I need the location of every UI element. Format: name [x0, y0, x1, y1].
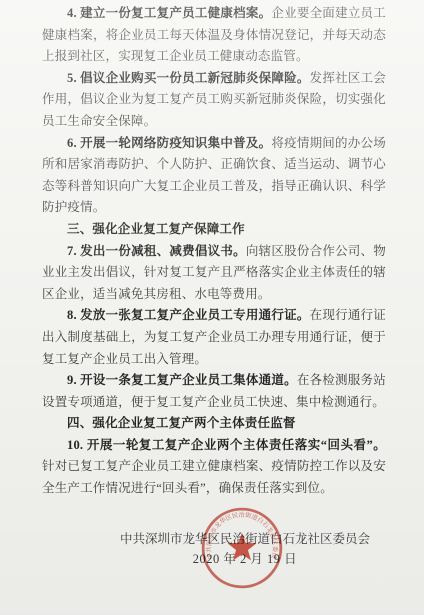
list-item-9: 9. 开设一条复工复产企业员工集体通道。在各检测服务站设置专项通道，便于复工复产… [42, 370, 386, 413]
item-9-lead: 9. 开设一条复工复产企业员工集体通道。 [67, 373, 297, 387]
list-item-7: 7. 发出一份减租、减费倡议书。向辖区股份合作公司、物业业主发出倡议，针对复工复… [42, 241, 386, 306]
section-heading-4: 四、强化企业复工复产两个主体责任监督 [42, 413, 386, 435]
list-item-8: 8. 发放一张复工复产企业员工专用通行证。在现行通行证出入制度基础上，为复工复产… [42, 305, 386, 370]
official-seal: 中共深圳市龙华区民治街道白石龙社区委员会 [199, 505, 285, 591]
item-7-lead: 7. 发出一份减租、减费倡议书。 [67, 244, 246, 258]
item-4-lead: 4. 建立一份复工复产员工健康档案。 [67, 6, 271, 20]
list-item-4: 4. 建立一份复工复产员工健康档案。企业要全面建立员工健康档案，将企业员工每天体… [42, 3, 386, 68]
item-8-lead: 8. 发放一张复工复产企业员工专用通行证。 [67, 308, 310, 322]
document-page: 4. 建立一份复工复产员工健康档案。企业要全面建立员工健康档案，将企业员工每天体… [0, 0, 424, 615]
item-10-body: 针对已复工复产企业员工建立健康档案、疫情防控工作以及安全生产工作情况进行“回头看… [42, 459, 386, 495]
seal-star-icon [228, 533, 257, 561]
list-item-10: 10. 开展一轮复工复产企业两个主体责任落实“回头看”。针对已复工复产企业员工建… [42, 435, 386, 500]
document-body: 4. 建立一份复工复产员工健康档案。企业要全面建立员工健康档案，将企业员工每天体… [42, 3, 386, 500]
item-5-lead: 5. 倡议企业购买一份员工新冠肺炎保障险。 [67, 71, 310, 85]
list-item-6: 6. 开展一轮网络防疫知识集中普及。将疫情期间的办公场所和居家消毒防护、个人防护… [42, 133, 386, 219]
section-heading-3: 三、强化企业复工复产保障工作 [42, 219, 386, 241]
item-6-lead: 6. 开展一轮网络防疫知识集中普及。 [67, 136, 271, 150]
item-10-lead: 10. 开展一轮复工复产企业两个主体责任落实“回头看”。 [67, 438, 386, 452]
list-item-5: 5. 倡议企业购买一份员工新冠肺炎保障险。发挥社区工会作用，倡议企业为复工复产员… [42, 68, 386, 133]
